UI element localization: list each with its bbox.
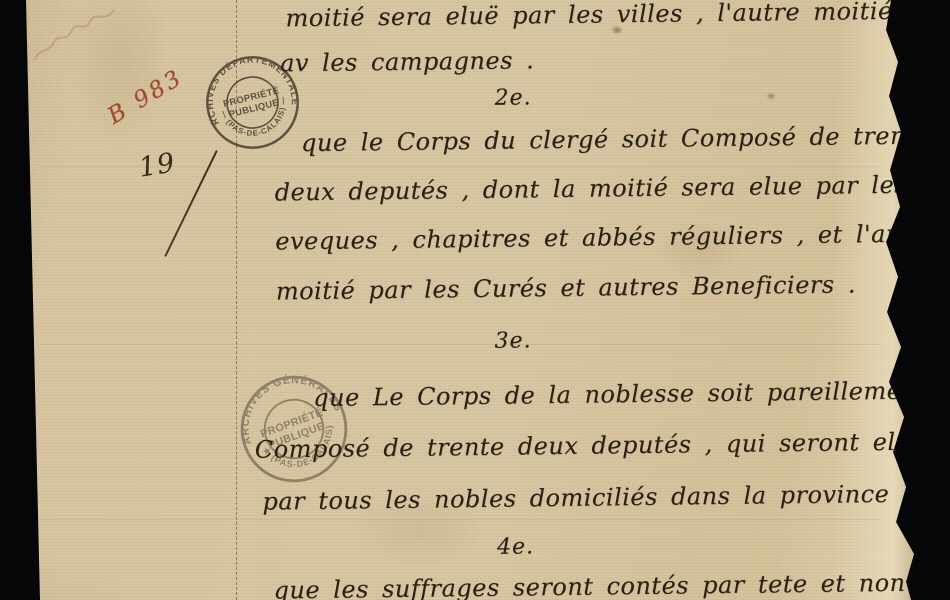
manuscript-line: que Le Corps de la noblesse soit pareill… xyxy=(313,376,928,412)
manuscript-line: que le Corps du clergé soit Composé de t… xyxy=(301,121,931,157)
manuscript-line: Composé de trente deux deputés , qui ser… xyxy=(255,428,925,464)
section-number-4: 4e. xyxy=(497,534,534,559)
manuscript-line: que les suffrages seront contés par tete… xyxy=(273,569,905,600)
manuscript-line: av les campagnes . xyxy=(280,46,534,77)
section-number-2: 2e. xyxy=(494,85,531,110)
manuscript-line: moitié par les Curés et autres Beneficie… xyxy=(276,270,856,305)
scanned-document-viewport: ARCHIVES DÉPARTEMENTALES — (PAS-DE-CALAI… xyxy=(0,0,950,600)
manuscript-line: eveques , chapitres et abbés réguliers ,… xyxy=(275,219,939,255)
manuscript-line: par tous les nobles domiciliés dans la p… xyxy=(262,480,910,516)
manuscript-line: deux deputés , dont la moitié sera elue … xyxy=(274,170,944,206)
handwriting-layer: moitié sera eluë par les villes , l'autr… xyxy=(0,0,950,600)
section-number-3: 3e. xyxy=(494,328,531,353)
manuscript-line: moitié sera eluë par les villes , l'autr… xyxy=(285,0,892,32)
paper: ARCHIVES DÉPARTEMENTALES — (PAS-DE-CALAI… xyxy=(0,0,950,600)
